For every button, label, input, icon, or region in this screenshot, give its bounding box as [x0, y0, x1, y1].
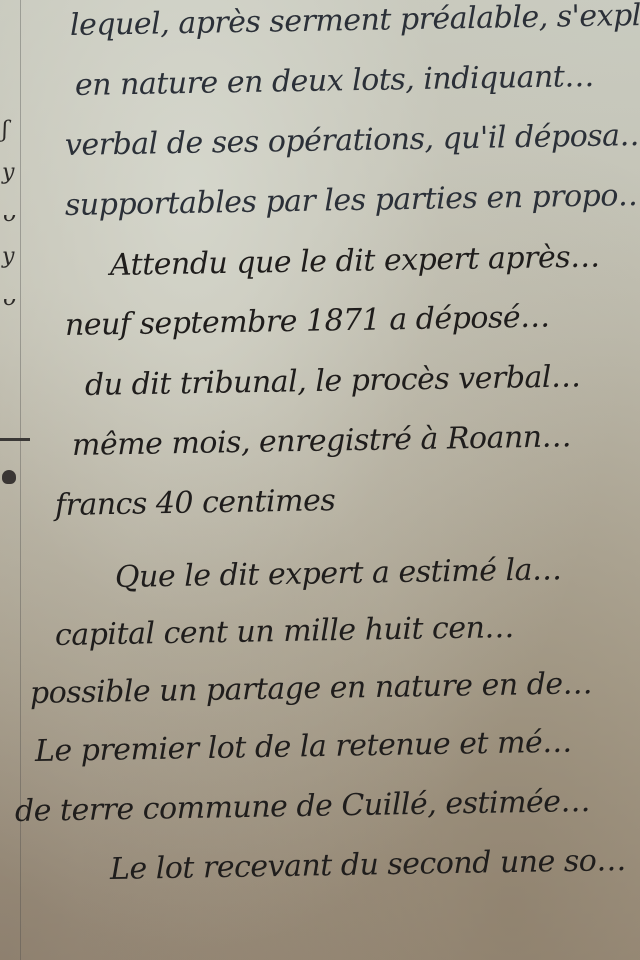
text-line: possible un partage en nature en de… [30, 666, 593, 711]
text-line: Le lot recevant du second une so… [110, 843, 626, 887]
text-line: francs 40 centimes [55, 483, 336, 523]
text-line: même mois, enregistré à Roann… [72, 419, 572, 463]
text-line: supportables par les parties en propo… [65, 178, 640, 223]
text-line: du dit tribunal, le procès verbal… [85, 359, 581, 403]
margin-dash [0, 438, 30, 441]
text-line: de terre commune de Cuillé, estimée… [15, 784, 591, 829]
manuscript-page: ʃ y ᴗ y ᴗ lequel, après serment préalabl… [0, 0, 640, 960]
margin-mark: y [2, 236, 24, 278]
text-line: Que le dit expert a estimé la… [115, 552, 562, 595]
text-line: Attendu que le dit expert après… [110, 239, 600, 283]
text-line: neuf septembre 1871 a déposé… [65, 300, 550, 343]
ink-blot [2, 470, 16, 484]
margin-mark: ᴗ [2, 194, 24, 236]
text-line: en nature en deux lots, indiquant… [75, 59, 594, 103]
text-line: lequel, après serment préalable, s'expl… [70, 0, 640, 43]
margin-annotations: ʃ y ᴗ y ᴗ [2, 110, 24, 320]
text-line: Le premier lot de la retenue et mé… [35, 725, 572, 769]
margin-mark: ᴗ [2, 278, 24, 320]
text-line: capital cent un mille huit cen… [55, 610, 514, 653]
margin-mark: ʃ [2, 110, 24, 152]
text-line: verbal de ses opérations, qu'il déposa… [65, 118, 640, 163]
margin-mark: y [2, 152, 24, 194]
